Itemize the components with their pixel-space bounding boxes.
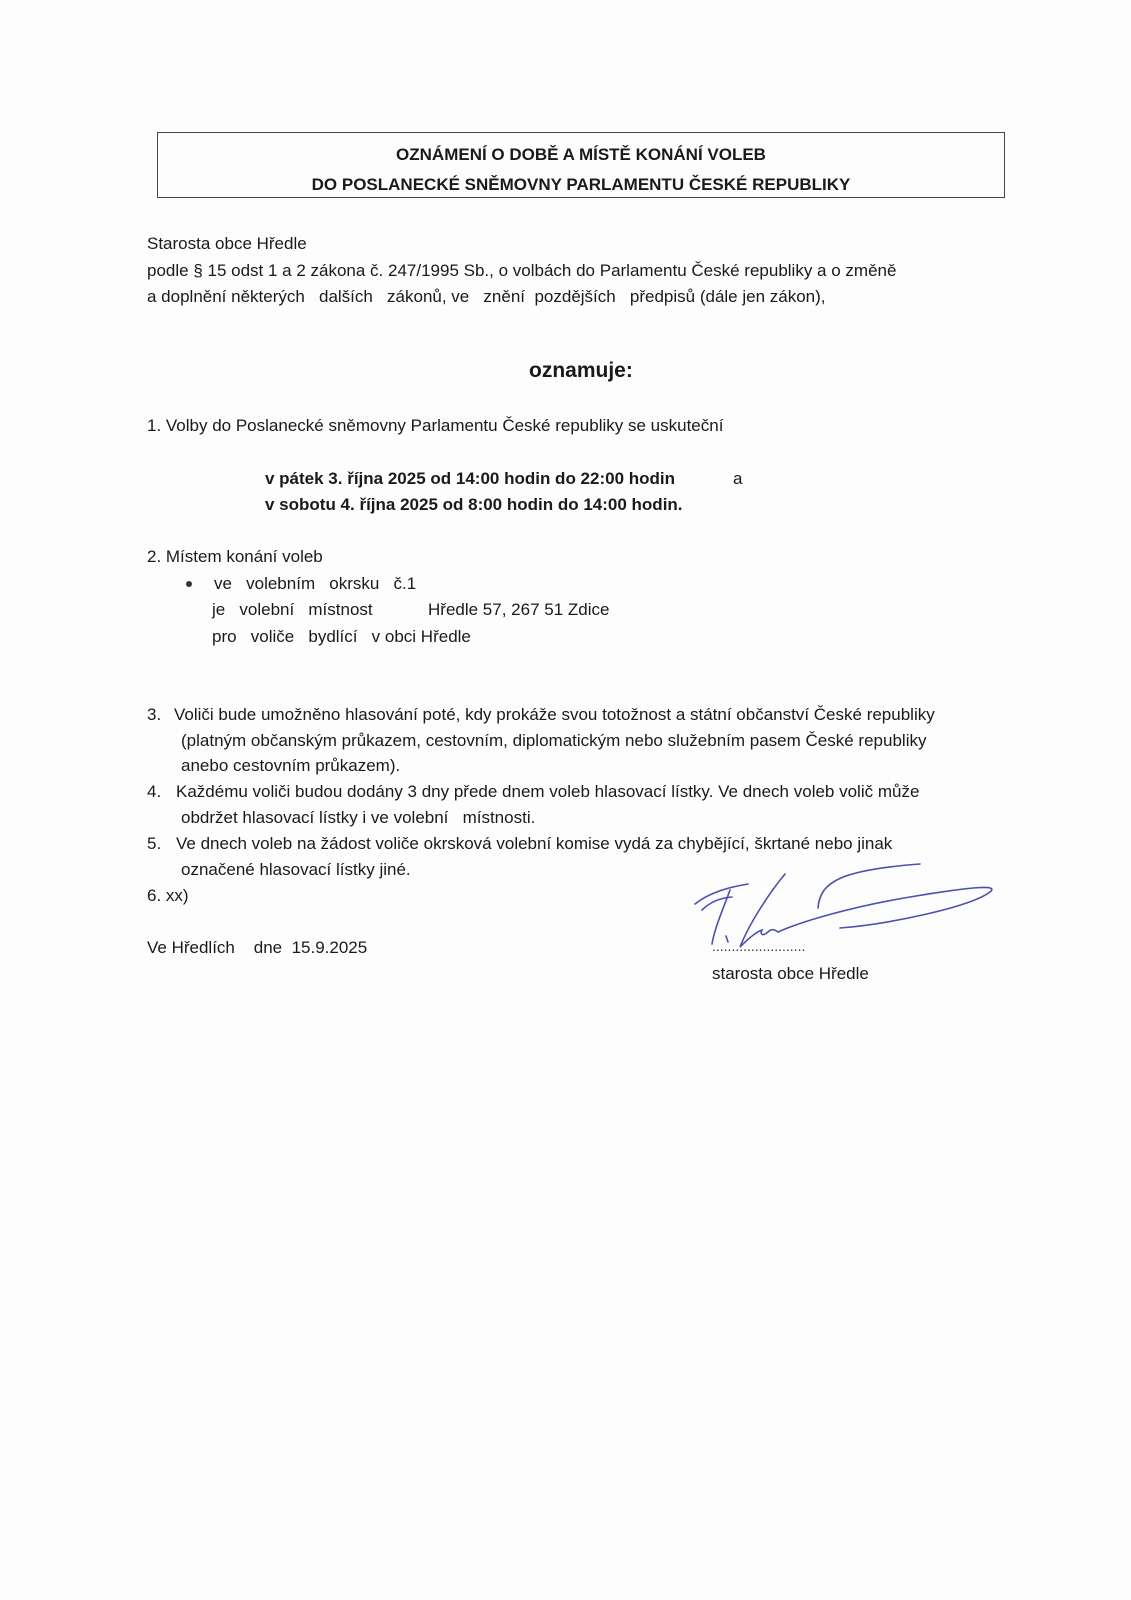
title-line-1: OZNÁMENÍ O DOBĚ A MÍSTĚ KONÁNÍ VOLEB	[158, 145, 1004, 165]
item-2-district: ve volebním okrsku č.1	[214, 574, 416, 594]
document-page: OZNÁMENÍ O DOBĚ A MÍSTĚ KONÁNÍ VOLEB DO …	[0, 0, 1131, 1600]
signature-line: ........................	[712, 938, 805, 954]
item-5-number: 5.	[147, 834, 161, 854]
item-1-date-saturday: v sobotu 4. října 2025 od 8:00 hodin do …	[265, 495, 683, 515]
item-3-line3: anebo cestovním průkazem).	[181, 756, 400, 776]
announces-heading: oznamuje:	[529, 361, 633, 381]
item-4-line1: Každému voliči budou dodány 3 dny přede …	[176, 782, 919, 802]
item-5-line1: Ve dnech voleb na žádost voliče okrsková…	[176, 834, 892, 854]
item-2-room-address: Hředle 57, 267 51 Zdice	[428, 600, 609, 620]
intro-law-line1: podle § 15 odst 1 a 2 zákona č. 247/1995…	[147, 261, 896, 281]
title-line-2: DO POSLANECKÉ SNĚMOVNY PARLAMENTU ČESKÉ …	[158, 175, 1004, 195]
item-1-conjunction: a	[733, 469, 742, 489]
bullet-icon	[186, 581, 192, 587]
item-3-number: 3.	[147, 705, 161, 725]
item-3-line1: Voliči bude umožněno hlasování poté, kdy…	[174, 705, 935, 725]
title-box: OZNÁMENÍ O DOBĚ A MÍSTĚ KONÁNÍ VOLEB DO …	[157, 132, 1005, 198]
item-1-date-friday: v pátek 3. října 2025 od 14:00 hodin do …	[265, 469, 675, 489]
item-4-line2: obdržet hlasovací lístky i ve volební mí…	[181, 808, 535, 828]
place-and-date: Ve Hředlích dne 15.9.2025	[147, 938, 367, 958]
item-2-text: 2. Místem konání voleb	[147, 547, 323, 567]
intro-mayor: Starosta obce Hředle	[147, 234, 307, 254]
item-2-room-label: je volební místnost	[212, 600, 373, 620]
item-5-line2: označené hlasovací lístky jiné.	[181, 860, 411, 880]
item-6: 6. xx)	[147, 886, 189, 906]
signatory-title: starosta obce Hředle	[712, 964, 869, 984]
item-2-voters: pro voliče bydlící v obci Hředle	[212, 627, 471, 647]
item-4-number: 4.	[147, 782, 161, 802]
item-3-line2: (platným občanským průkazem, cestovním, …	[181, 731, 926, 751]
item-1-text: 1. Volby do Poslanecké sněmovny Parlamen…	[147, 416, 723, 436]
intro-law-line2: a doplnění některých dalších zákonů, ve …	[147, 287, 826, 307]
